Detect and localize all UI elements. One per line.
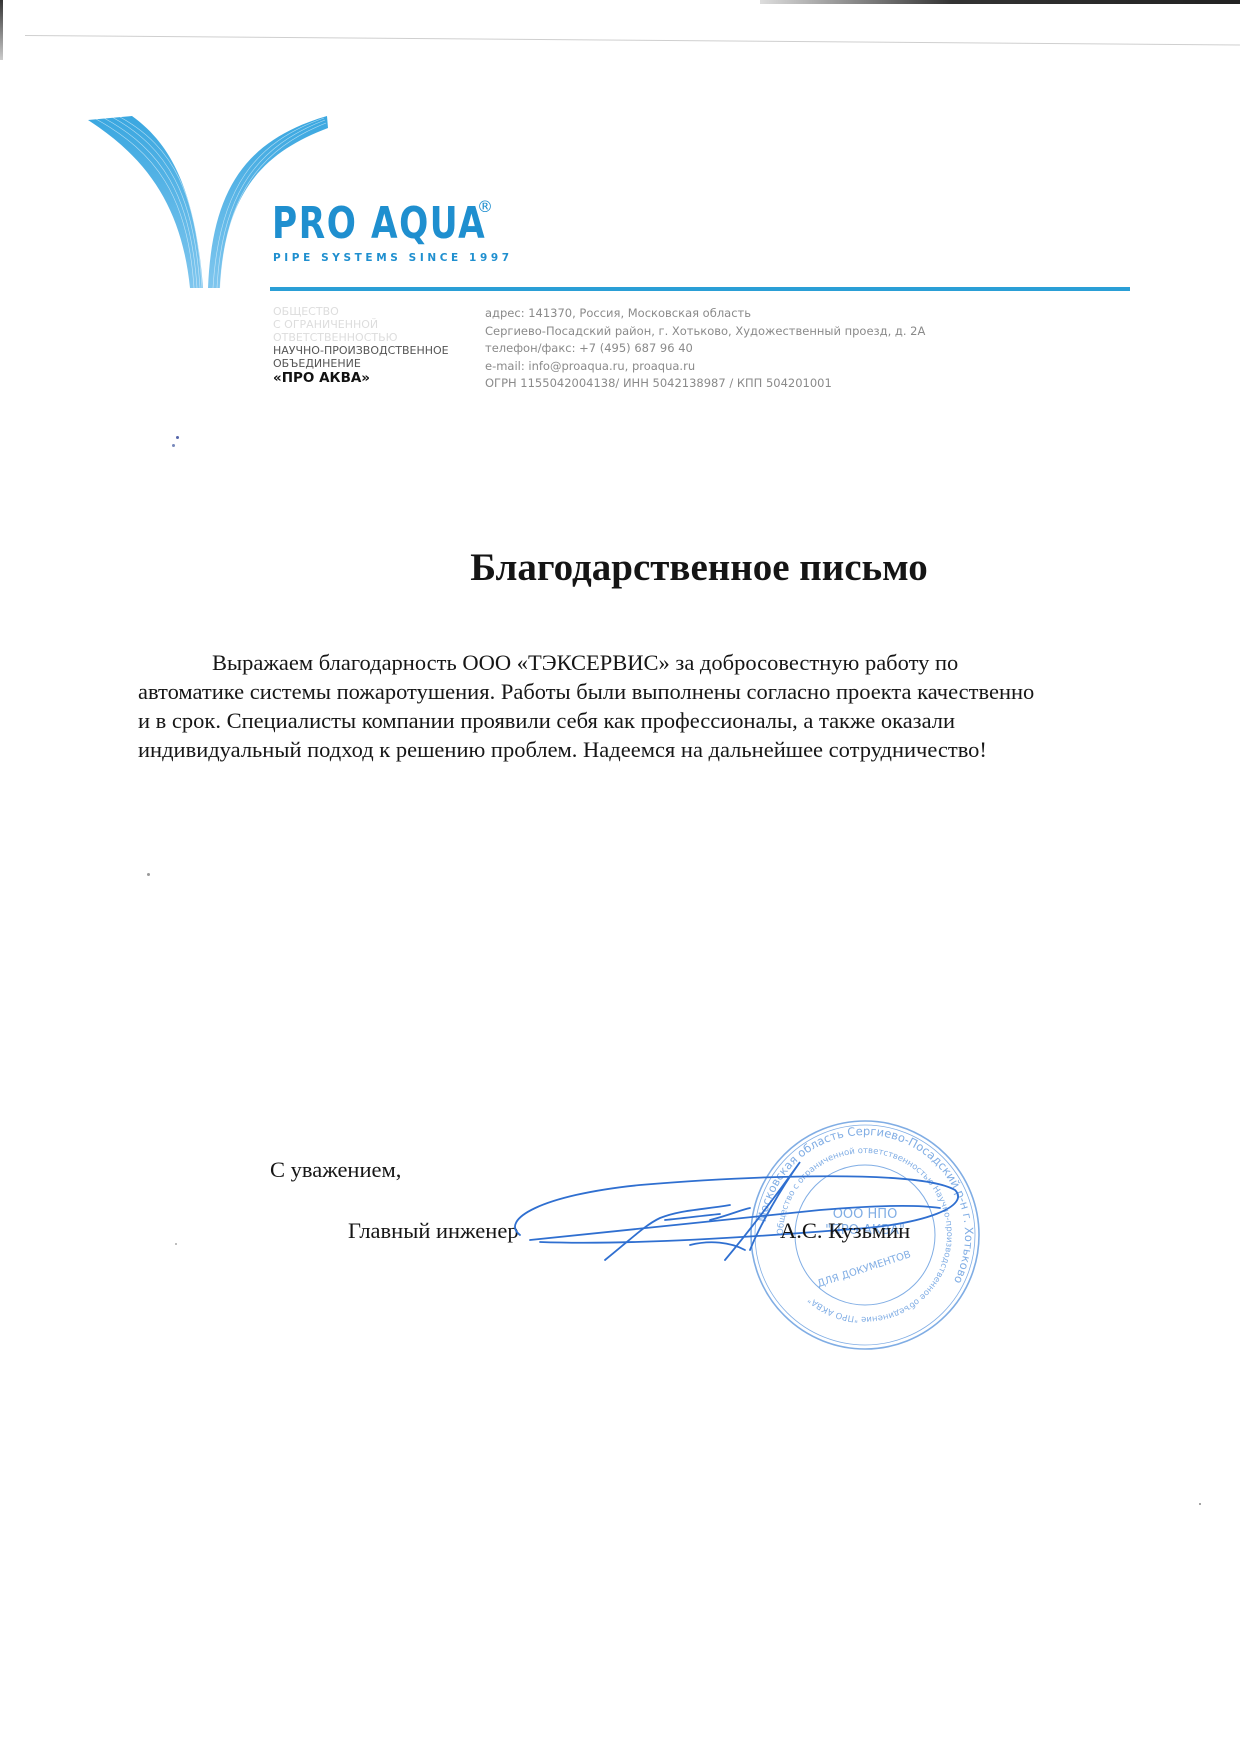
org-faded-line: ОТВЕТСТВЕННОСТЬЮ <box>273 331 449 344</box>
org-line: НАУЧНО-ПРОИЗВОДСТВЕННОЕ <box>273 344 449 357</box>
phone-line: телефон/факс: +7 (495) 687 96 40 <box>485 340 925 358</box>
signer-name: А.С. Кузьмин <box>780 1218 910 1244</box>
contacts-block: адрес: 141370, Россия, Московская област… <box>485 305 925 393</box>
letter-body: Выражаем благодарность ООО «ТЭКСЕРВИС» з… <box>138 648 1148 764</box>
handwritten-signature-icon <box>500 1150 980 1270</box>
email-line: e-mail: info@proaqua.ru, proaqua.ru <box>485 358 925 376</box>
org-line: ОБЪЕДИНЕНИЕ <box>273 357 449 370</box>
org-faded-line: С ОГРАНИЧЕННОЙ <box>273 318 449 331</box>
brand-name: PRO AQUA <box>272 198 486 249</box>
document-title: Благодарственное письмо <box>0 545 1240 590</box>
body-line: индивидуальный подход к решению проблем.… <box>138 735 1148 764</box>
body-line: автоматике системы пожаротушения. Работы… <box>138 677 1148 706</box>
scan-speck <box>147 873 150 876</box>
scan-line <box>25 35 1240 46</box>
scan-speck <box>175 1243 177 1245</box>
brand-tagline: PIPE SYSTEMS SINCE 1997 <box>273 252 513 264</box>
scan-speck <box>1199 1503 1201 1505</box>
organization-block: ОБЩЕСТВО С ОГРАНИЧЕННОЙ ОТВЕТСТВЕННОСТЬЮ… <box>273 305 449 387</box>
registration-line: ОГРН 1155042004138/ ИНН 5042138987 / КПП… <box>485 375 925 393</box>
closing-phrase: С уважением, <box>270 1157 401 1183</box>
org-name: «ПРО АКВА» <box>273 370 449 387</box>
org-faded-line: ОБЩЕСТВО <box>273 305 449 318</box>
body-line: и в срок. Специалисты компании проявили … <box>138 706 1148 735</box>
body-line: Выражаем благодарность ООО «ТЭКСЕРВИС» з… <box>138 648 1148 677</box>
address-line: Сергиево-Посадский район, г. Хотьково, Х… <box>485 323 925 341</box>
scan-speck <box>176 436 179 439</box>
header-rule <box>270 287 1130 291</box>
address-line: адрес: 141370, Россия, Московская област… <box>485 305 925 323</box>
scan-speck <box>172 444 175 447</box>
signer-position: Главный инженер <box>348 1218 519 1244</box>
scan-edge-left <box>0 0 3 60</box>
scan-edge-top <box>760 0 1240 4</box>
registered-mark: ® <box>477 197 493 216</box>
